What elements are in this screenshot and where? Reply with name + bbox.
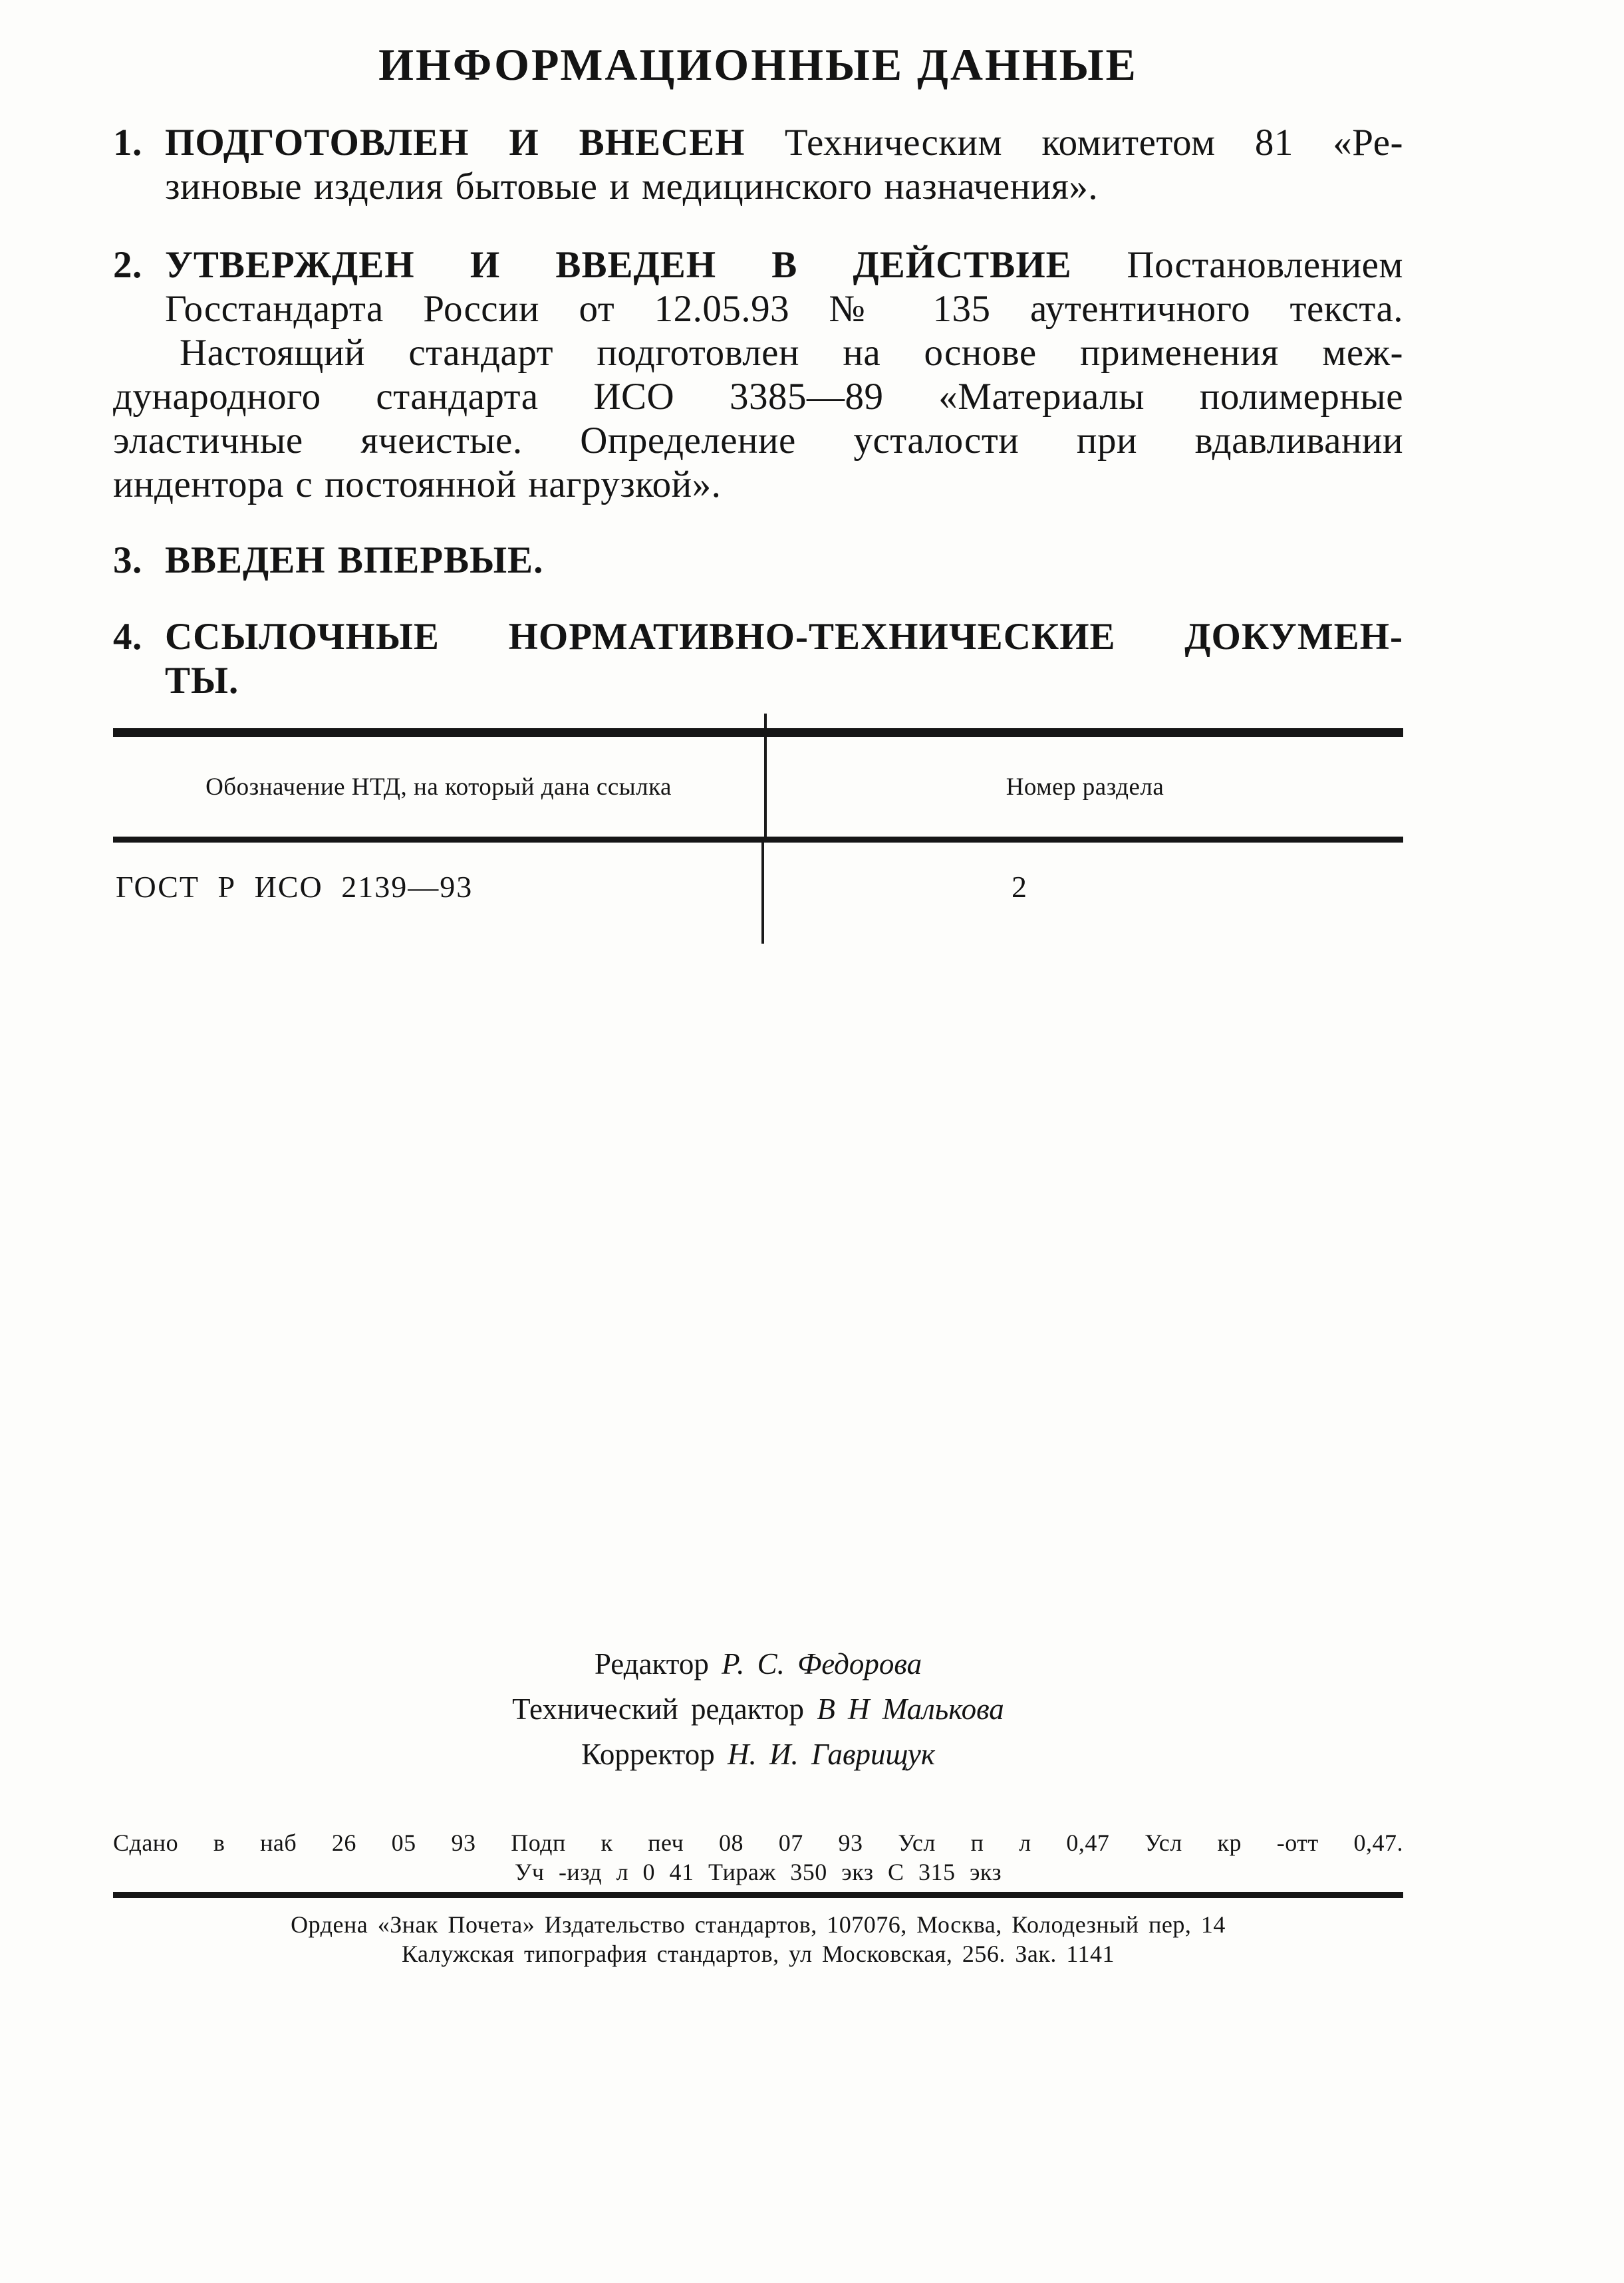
item2-paragraph-line1: Настоящий стандарт подготовлен на основе…: [113, 331, 1403, 375]
corrector-line: Корректор Н. И. Гаврищук: [113, 1732, 1403, 1777]
item1-line1: 1. ПОДГОТОВЛЕН И ВНЕСЕН Техническим коми…: [113, 121, 1403, 165]
list-item-2: 2. УТВЕРЖДЕН И ВВЕДЕН В ДЕЙСТВИЕ Постано…: [113, 243, 1403, 507]
editor-line: Редактор Р. С. Федорова: [113, 1641, 1403, 1686]
table-header-section: Номер раздела: [767, 737, 1403, 837]
credits-block: Редактор Р. С. Федорова Технический реда…: [113, 1641, 1403, 1777]
imprint-line-1: Сдано в наб 26 05 93 Подп к печ 08 07 93…: [113, 1829, 1403, 1857]
item3-number: 3.: [113, 539, 142, 583]
item2-bold-text: УТВЕРЖДЕН И ВВЕДЕН В ДЕЙСТВИЕ: [165, 244, 1072, 286]
tech-editor-name: В Н Малькова: [817, 1692, 1004, 1726]
item2-paragraph-line4: индентора с постоянной нагрузкой».: [113, 463, 1403, 507]
tech-editor-label: Технический редактор: [512, 1692, 804, 1726]
printer-address: Калужская типография стандартов, ул Моск…: [113, 1939, 1403, 1968]
table-row: ГОСТ Р ИСО 2139—93 2: [113, 843, 1403, 944]
item1-regular-text: Техническим комитетом 81 «Ре-: [785, 122, 1403, 164]
table-header-ntd: Обозначение НТД, на который дана ссылка: [113, 737, 767, 837]
corrector-label: Корректор: [581, 1738, 715, 1771]
item2-number: 2.: [113, 243, 142, 287]
item2-paragraph-line3: эластичные ячеистые. Определение усталос…: [113, 419, 1403, 463]
item4-bold-text: ССЫЛОЧНЫЕ НОРМАТИВНО-ТЕХНИЧЕСКИЕ ДОКУМЕН…: [165, 616, 1403, 658]
item2-regular-text: Постановлением: [1127, 244, 1403, 286]
item4-line1: 4. ССЫЛОЧНЫЕ НОРМАТИВНО-ТЕХНИЧЕСКИЕ ДОКУ…: [113, 615, 1403, 659]
document-page: ИНФОРМАЦИОННЫЕ ДАННЫЕ 1. ПОДГОТОВЛЕН И В…: [0, 0, 1624, 2283]
list-item-3: 3. ВВЕДЕН ВПЕРВЫЕ.: [113, 539, 1403, 583]
item3-line1: 3. ВВЕДЕН ВПЕРВЫЕ.: [113, 539, 1403, 583]
imprint-divider-rule: [113, 1892, 1403, 1898]
table-header-row: Обозначение НТД, на который дана ссылка …: [113, 737, 1403, 837]
reference-table: Обозначение НТД, на который дана ссылка …: [113, 728, 1403, 944]
item2-line1: 2. УТВЕРЖДЕН И ВВЕДЕН В ДЕЙСТВИЕ Постано…: [113, 243, 1403, 287]
item1-bold-text: ПОДГОТОВЛЕН И ВНЕСЕН: [165, 122, 745, 164]
page-title: ИНФОРМАЦИОННЫЕ ДАННЫЕ: [113, 41, 1403, 88]
item4-number: 4.: [113, 615, 142, 659]
item4-line2: ТЫ.: [113, 659, 1403, 703]
item2-paragraph-line2: дународного стандарта ИСО 3385—89 «Матер…: [113, 375, 1403, 419]
editor-name: Р. С. Федорова: [722, 1647, 922, 1680]
table-top-rule: [113, 728, 1403, 737]
item4-bold-text-2: ТЫ.: [165, 660, 239, 702]
table-cell-ntd: ГОСТ Р ИСО 2139—93: [113, 843, 764, 944]
editor-label: Редактор: [595, 1647, 709, 1680]
publisher-address: Ордена «Знак Почета» Издательство станда…: [113, 1910, 1403, 1939]
table-header-rule: [113, 837, 1403, 843]
imprint-line-2: Уч -изд л 0 41 Тираж 350 экз С 315 экз: [113, 1858, 1403, 1886]
item3-bold-text: ВВЕДЕН ВПЕРВЫЕ.: [165, 539, 543, 581]
list-item-1: 1. ПОДГОТОВЛЕН И ВНЕСЕН Техническим коми…: [113, 121, 1403, 209]
list-item-4: 4. ССЫЛОЧНЫЕ НОРМАТИВНО-ТЕХНИЧЕСКИЕ ДОКУ…: [113, 615, 1403, 703]
item1-number: 1.: [113, 121, 142, 165]
item1-line2: зиновые изделия бытовые и медицинского н…: [113, 165, 1403, 209]
tech-editor-line: Технический редактор В Н Малькова: [113, 1686, 1403, 1732]
table-divider-tick: [764, 714, 767, 728]
table-cell-section: 2: [764, 843, 1403, 944]
corrector-name: Н. И. Гаврищук: [728, 1738, 935, 1771]
item2-line2: Госстандарта России от 12.05.93 № 135 ау…: [113, 287, 1403, 331]
